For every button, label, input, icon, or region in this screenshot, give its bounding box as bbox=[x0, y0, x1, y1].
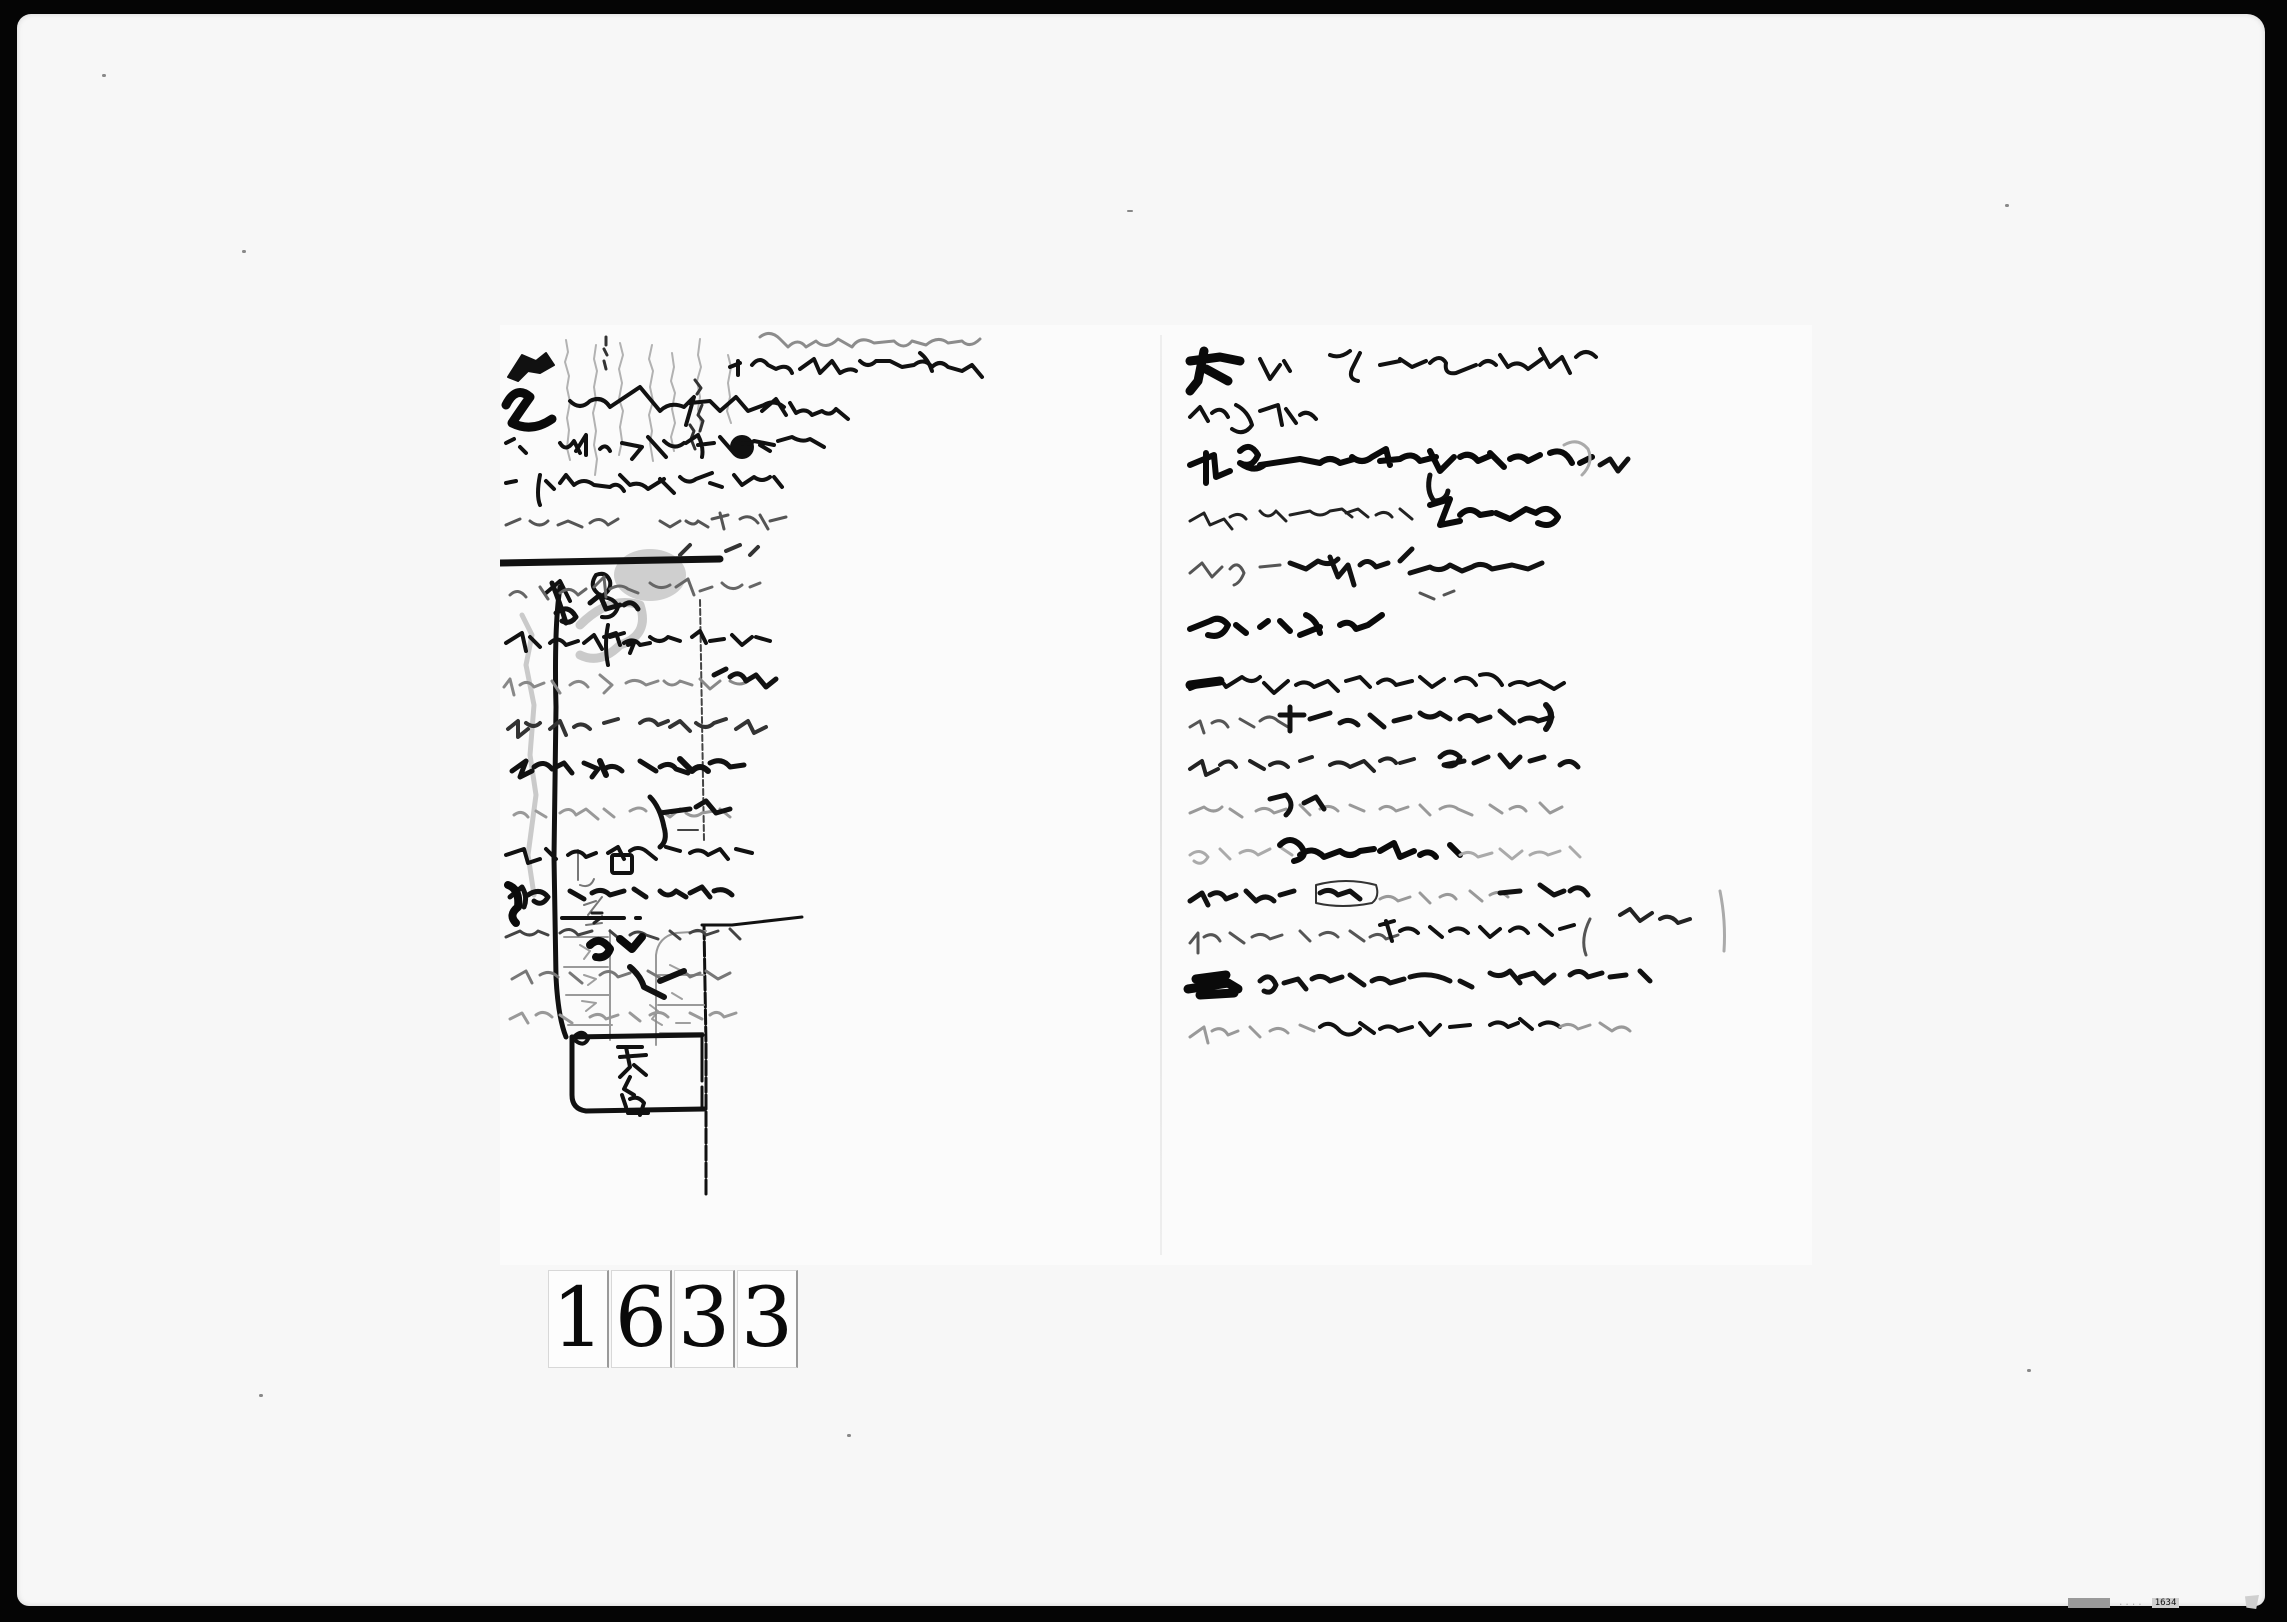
archive-digit: 3 bbox=[737, 1270, 798, 1368]
dust-speck bbox=[259, 1394, 263, 1397]
text-row bbox=[506, 513, 786, 529]
text-row bbox=[1190, 615, 1382, 636]
plan-right-wall bbox=[704, 925, 706, 1195]
text-row bbox=[760, 333, 980, 347]
text-row bbox=[1188, 975, 1238, 995]
manuscript-ink bbox=[500, 325, 1812, 1265]
faint-annotation-columns bbox=[565, 339, 731, 475]
dust-speck bbox=[242, 250, 246, 253]
text-row bbox=[506, 473, 782, 505]
plan-label-bottom bbox=[618, 1047, 648, 1115]
text-row bbox=[1190, 717, 1288, 733]
text-row bbox=[1190, 803, 1562, 817]
dark-annotation-marks bbox=[604, 337, 703, 449]
film-bar bbox=[2068, 1598, 2110, 1608]
heavy-rule bbox=[500, 559, 720, 563]
text-row bbox=[512, 971, 730, 983]
film-caption: .... bbox=[2118, 1598, 2144, 1608]
text-row bbox=[506, 393, 552, 428]
archive-digit: 6 bbox=[611, 1270, 672, 1368]
text-row bbox=[1190, 1025, 1314, 1043]
text-row bbox=[1190, 890, 1360, 905]
dust-speck bbox=[847, 1434, 851, 1437]
text-row bbox=[1190, 847, 1292, 863]
text-row bbox=[1190, 447, 1592, 483]
corner-ink-mark bbox=[508, 353, 554, 381]
film-strip-label: .... 1634 bbox=[2068, 1596, 2179, 1610]
text-row bbox=[510, 1012, 736, 1023]
film-notch bbox=[2245, 1595, 2259, 1609]
text-row bbox=[506, 435, 824, 459]
text-row bbox=[570, 387, 848, 425]
film-frame-number: 1634 bbox=[2152, 1598, 2180, 1608]
right-text-block bbox=[1188, 349, 1725, 1043]
dust-speck bbox=[2005, 204, 2009, 207]
archive-number-label: 1 6 3 3 bbox=[548, 1270, 798, 1368]
text-row bbox=[730, 353, 982, 377]
text-row bbox=[510, 887, 732, 907]
manuscript-page bbox=[500, 325, 1812, 1265]
dust-speck bbox=[102, 74, 106, 77]
dust-speck bbox=[1127, 210, 1133, 212]
text-row bbox=[508, 719, 766, 737]
text-row bbox=[1190, 563, 1280, 585]
microfilm-frame: 1 6 3 3 .... 1634 bbox=[0, 0, 2287, 1622]
ink-blot bbox=[730, 435, 754, 459]
text-row bbox=[504, 675, 748, 695]
archive-digit: 1 bbox=[548, 1270, 609, 1368]
text-row bbox=[1260, 349, 1596, 381]
text-row bbox=[1190, 509, 1412, 529]
text-row bbox=[1190, 351, 1240, 391]
archive-digit: 3 bbox=[674, 1270, 735, 1368]
text-row bbox=[1190, 674, 1564, 693]
dust-speck bbox=[2027, 1369, 2031, 1372]
text-row bbox=[1190, 931, 1398, 953]
plan-divider-lower bbox=[572, 1035, 702, 1037]
text-row bbox=[1190, 405, 1316, 432]
text-row bbox=[1190, 757, 1414, 775]
